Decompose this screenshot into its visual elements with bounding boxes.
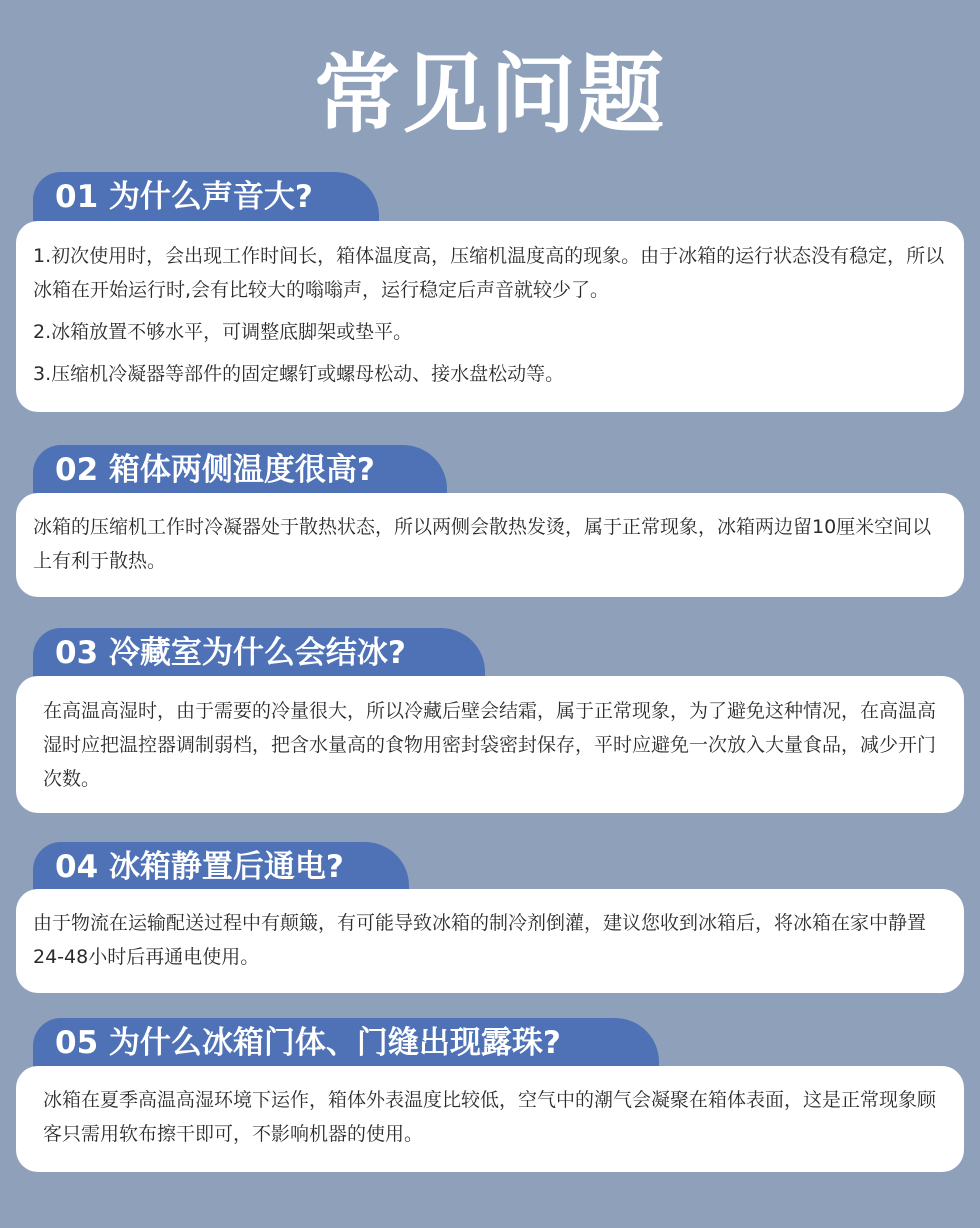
faq-answer-card: 冰箱在夏季高温高湿环境下运作，箱体外表温度比较低，空气中的潮气会凝聚在箱体表面，… bbox=[16, 1066, 964, 1172]
faq-answer-card: 冰箱的压缩机工作时冷凝器处于散热状态，所以两侧会散热发烫，属于正常现象，冰箱两边… bbox=[16, 493, 964, 597]
faq-question-tab: 01 为什么声音大? bbox=[33, 172, 379, 228]
faq-answer-paragraph: 1.初次使用时，会出现工作时间长，箱体温度高，压缩机温度高的现象。由于冰箱的运行… bbox=[33, 239, 946, 307]
faq-answer-paragraph: 由于物流在运输配送过程中有颠簸，有可能导致冰箱的制冷剂倒灌，建议您收到冰箱后，将… bbox=[33, 906, 946, 974]
faq-answer-card: 由于物流在运输配送过程中有颠簸，有可能导致冰箱的制冷剂倒灌，建议您收到冰箱后，将… bbox=[16, 889, 964, 993]
faq-answer-card: 在高温高湿时，由于需要的冷量很大，所以冷藏后壁会结霜，属于正常现象，为了避免这种… bbox=[16, 676, 964, 813]
faq-answer-paragraph: 冰箱在夏季高温高湿环境下运作，箱体外表温度比较低，空气中的潮气会凝聚在箱体表面，… bbox=[43, 1083, 942, 1151]
faq-answer-paragraph: 冰箱的压缩机工作时冷凝器处于散热状态，所以两侧会散热发烫，属于正常现象，冰箱两边… bbox=[33, 510, 946, 578]
page-title: 常见问题 bbox=[0, 40, 980, 150]
faq-answer-paragraph: 在高温高湿时，由于需要的冷量很大，所以冷藏后壁会结霜，属于正常现象，为了避免这种… bbox=[43, 694, 942, 796]
faq-answer-paragraph: 3.压缩机冷凝器等部件的固定螺钉或螺母松动、接水盘松动等。 bbox=[33, 357, 946, 391]
faq-answer-card: 1.初次使用时，会出现工作时间长，箱体温度高，压缩机温度高的现象。由于冰箱的运行… bbox=[16, 221, 964, 412]
faq-answer-paragraph: 2.冰箱放置不够水平，可调整底脚架或垫平。 bbox=[33, 315, 946, 349]
